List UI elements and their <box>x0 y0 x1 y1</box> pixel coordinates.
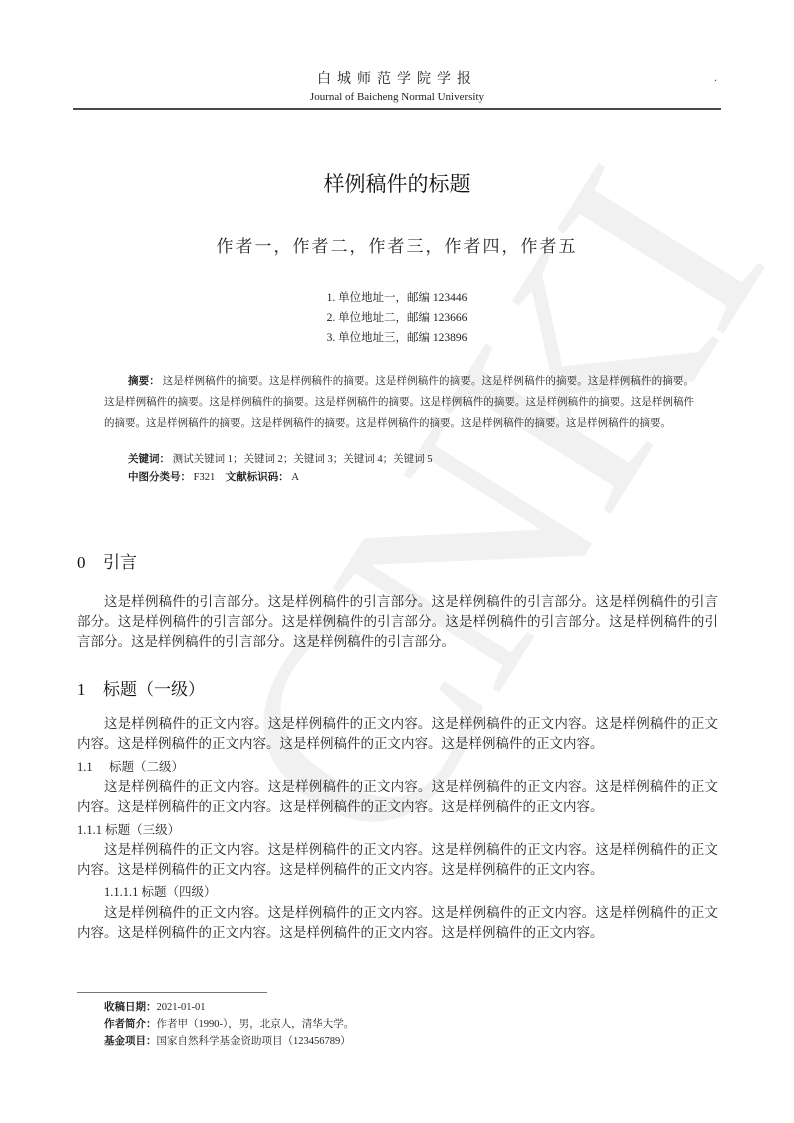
keywords-label: 关键词： <box>128 453 170 465</box>
section-heading-1-1-1-1: 1.1.1.1 标题（四级） <box>104 882 217 900</box>
section-1-1-paragraph: 这是样例稿件的正文内容。这是样例稿件的正文内容。这是样例稿件的正文内容。这是样例… <box>77 777 718 817</box>
abstract: 摘要： 这是样例稿件的摘要。这是样例稿件的摘要。这是样例稿件的摘要。这是样例稿件… <box>104 371 694 434</box>
journal-name-cn: 白城师范学院学报 <box>0 68 794 88</box>
abstract-text: 这是样例稿件的摘要。这是样例稿件的摘要。这是样例稿件的摘要。这是样例稿件的摘要。… <box>104 376 694 429</box>
section-title: 引言 <box>103 553 137 573</box>
keywords-value: 测试关键词 1；关键词 2；关键词 3；关键词 4；关键词 5 <box>173 454 433 465</box>
section-1-paragraph: 这是样例稿件的正文内容。这是样例稿件的正文内容。这是样例稿件的正文内容。这是样例… <box>77 714 718 754</box>
author-bio-label: 作者简介： <box>104 1018 157 1030</box>
affiliation-item: 1. 单位地址一，邮编 123446 <box>0 288 794 308</box>
section-title: 标题（二级） <box>109 760 184 774</box>
affiliation-item: 3. 单位地址三，邮编 123896 <box>0 328 794 348</box>
section-heading-intro: 0引言 <box>77 548 137 573</box>
section-heading-1-1: 1.1标题（二级） <box>77 757 184 775</box>
clc-label: 中图分类号： <box>128 471 191 483</box>
footnote-fund: 基金项目：国家自然科学基金资助项目（123456789） <box>104 1033 351 1048</box>
header-corner-mark: . <box>714 70 717 85</box>
doc-code-label: 文献标识码： <box>226 471 289 483</box>
abstract-label: 摘要： <box>128 375 160 387</box>
section-heading-1-1-1: 1.1.1 标题（三级） <box>77 820 180 838</box>
section-number: 1.1 <box>77 760 109 775</box>
affiliation-item: 2. 单位地址二，邮编 123666 <box>0 308 794 328</box>
journal-name-en: Journal of Baicheng Normal University <box>0 91 794 103</box>
author-bio-value: 作者甲（1990-），男，北京人，清华大学。 <box>157 1019 355 1030</box>
paper-title: 样例稿件的标题 <box>0 168 794 198</box>
received-label: 收稿日期： <box>104 1001 157 1013</box>
author-list: 作者一，作者二，作者三，作者四，作者五 <box>0 232 794 257</box>
fund-label: 基金项目： <box>104 1035 157 1047</box>
section-1-1-1-1-paragraph: 这是样例稿件的正文内容。这是样例稿件的正文内容。这是样例稿件的正文内容。这是样例… <box>77 903 718 943</box>
fund-value: 国家自然科学基金资助项目（123456789） <box>157 1036 351 1047</box>
section-1-1-1-paragraph: 这是样例稿件的正文内容。这是样例稿件的正文内容。这是样例稿件的正文内容。这是样例… <box>77 840 718 880</box>
cnki-watermark: CNKI <box>120 300 740 720</box>
footnote-author-bio: 作者简介：作者甲（1990-），男，北京人，清华大学。 <box>104 1016 354 1031</box>
keywords-line: 关键词： 测试关键词 1；关键词 2；关键词 3；关键词 4；关键词 5 <box>128 451 433 466</box>
section-title: 标题（一级） <box>103 680 205 700</box>
section-heading-1: 1标题（一级） <box>77 675 205 700</box>
footnote-rule <box>77 992 267 993</box>
header-rule <box>73 108 721 110</box>
classification-line: 中图分类号： F321 文献标识码： A <box>128 469 299 484</box>
footnote-received: 收稿日期：2021-01-01 <box>104 999 206 1014</box>
intro-paragraph: 这是样例稿件的引言部分。这是样例稿件的引言部分。这是样例稿件的引言部分。这是样例… <box>77 592 718 652</box>
section-number: 1 <box>77 680 103 700</box>
clc-value: F321 <box>194 472 216 483</box>
section-number: 0 <box>77 553 103 573</box>
doc-code-value: A <box>291 472 299 483</box>
affiliation-list: 1. 单位地址一，邮编 123446 2. 单位地址二，邮编 123666 3.… <box>0 288 794 348</box>
received-value: 2021-01-01 <box>157 1002 206 1013</box>
